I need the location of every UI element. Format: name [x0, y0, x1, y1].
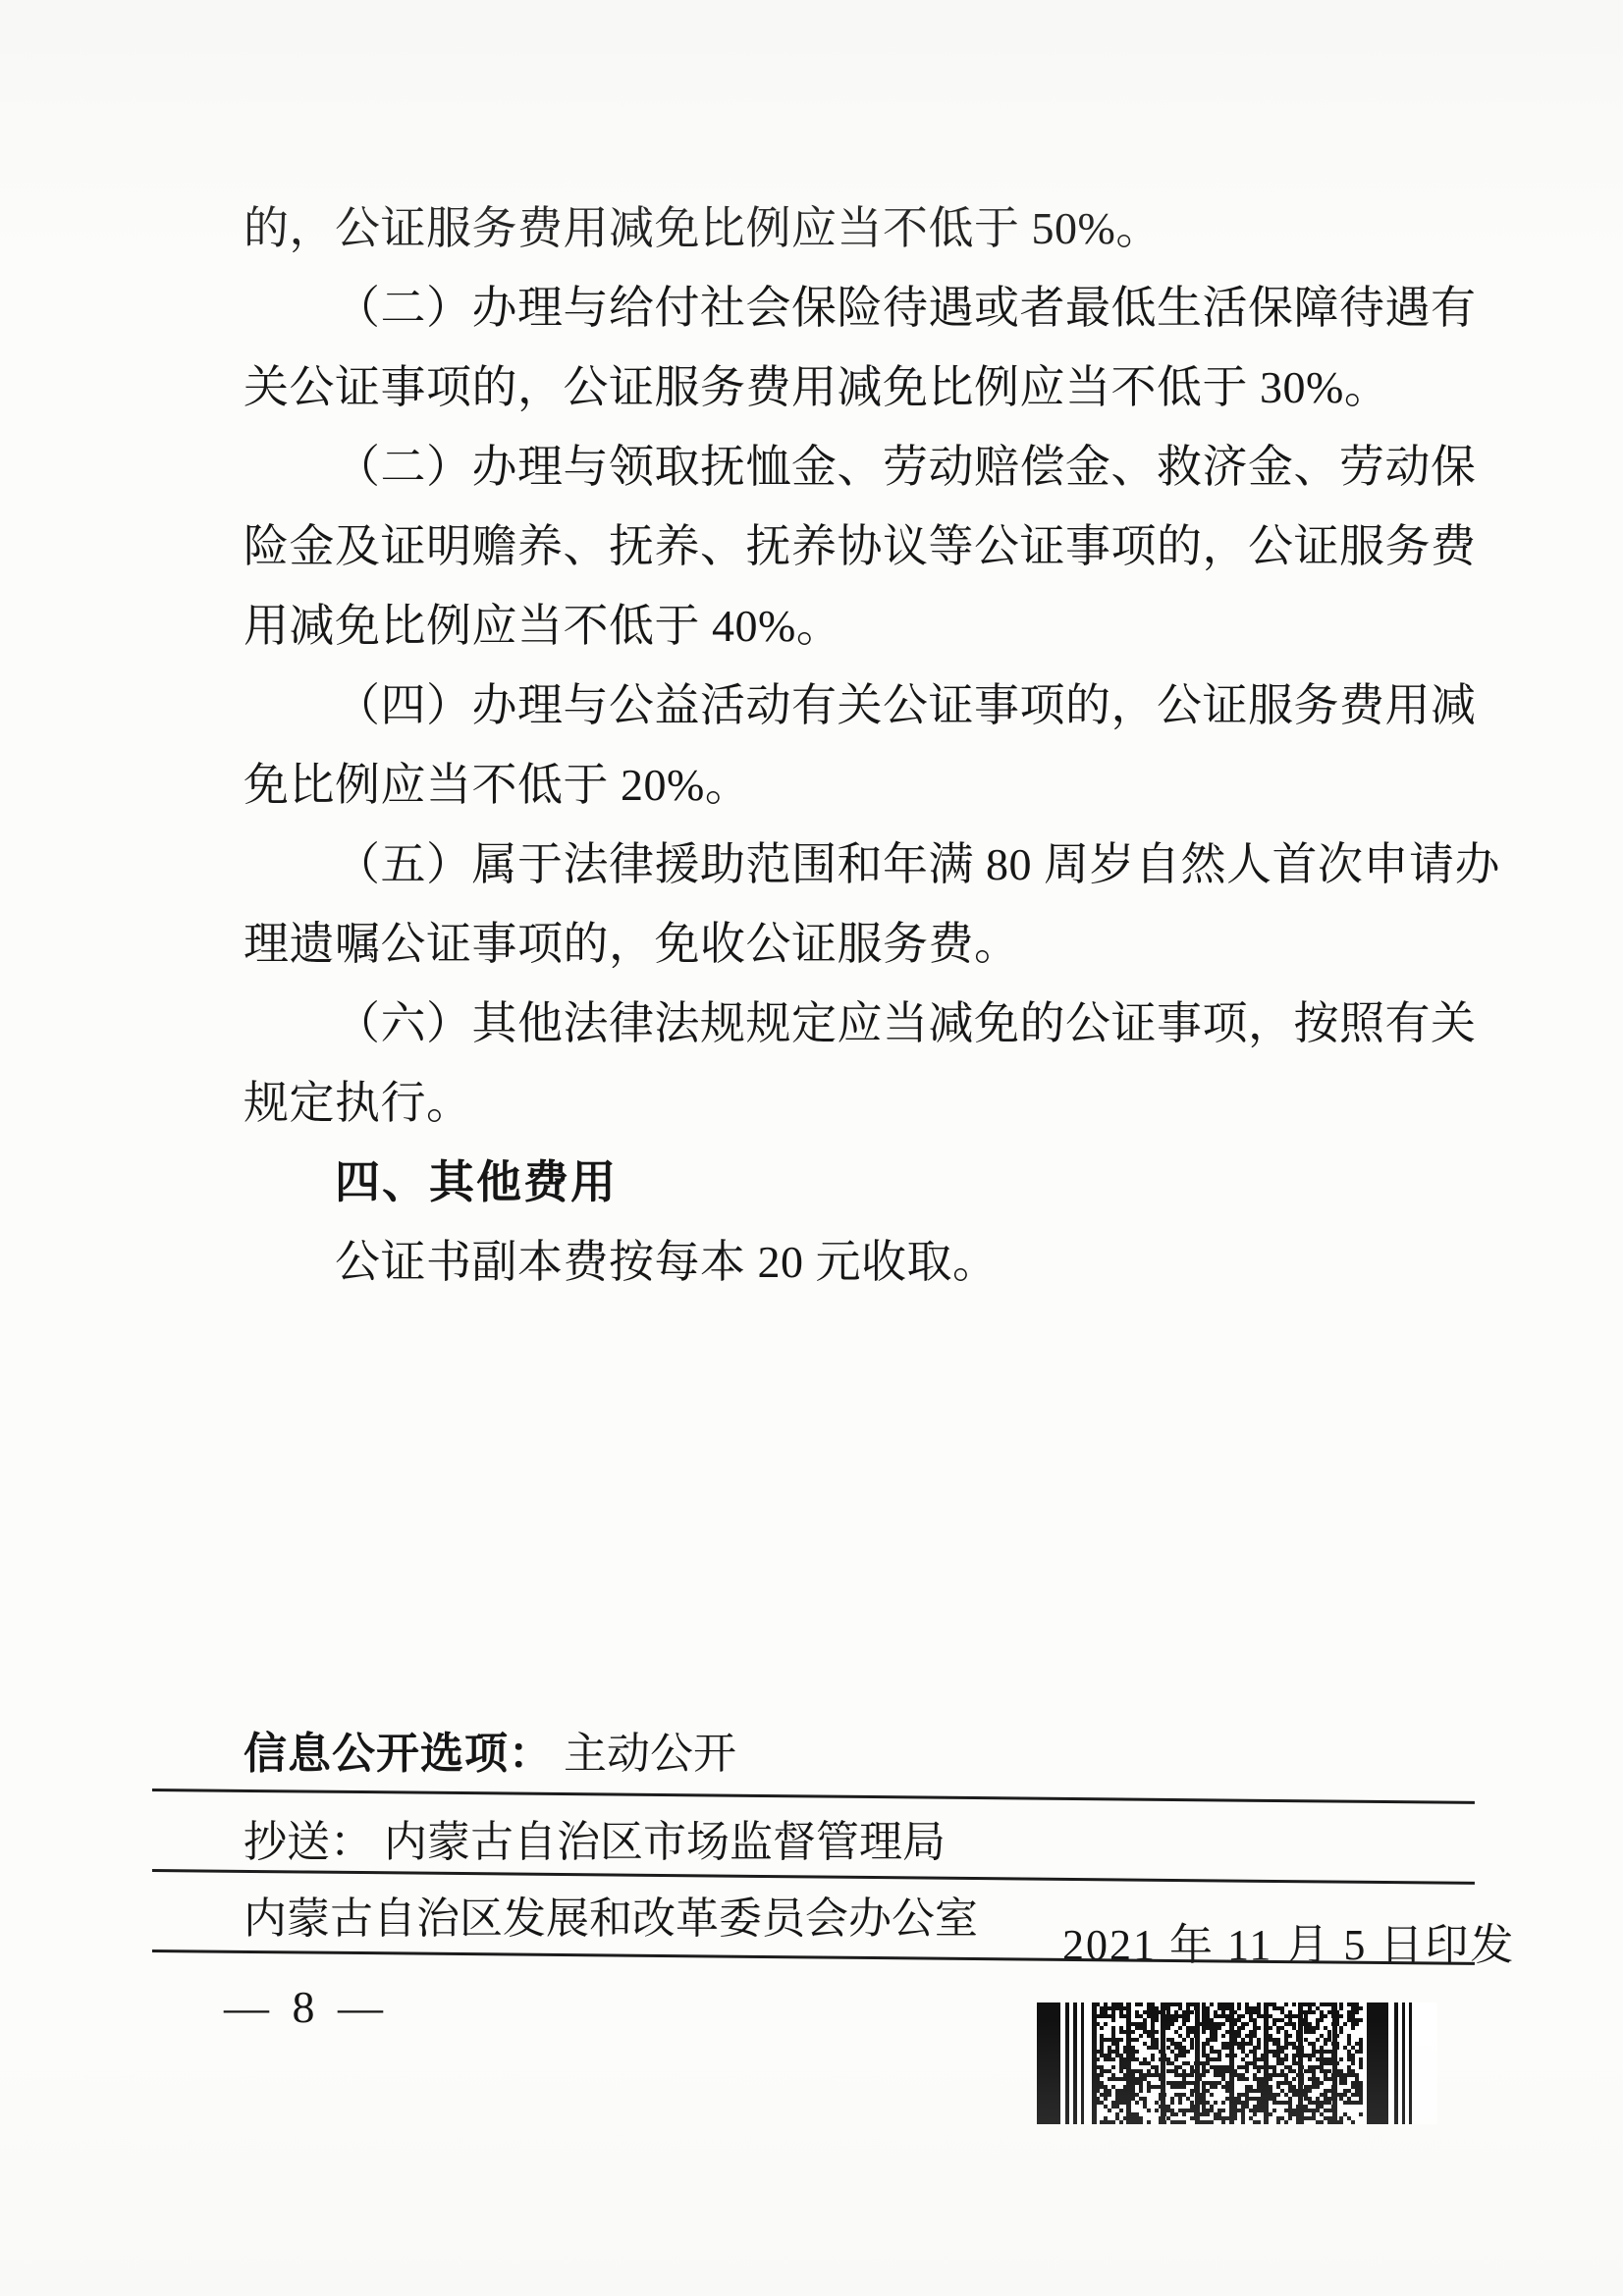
body-line: （四）办理与公益活动有关公证事项的，公证服务费用减	[243, 666, 1471, 745]
footer-divider	[152, 1789, 1475, 1804]
body-line: 用减免比例应当不低于 40%。	[243, 586, 1471, 666]
disclosure-label: 信息公开选项：	[243, 1730, 553, 1778]
pdf417-barcode-icon	[1037, 2002, 1437, 2124]
body-line: 险金及证明赡养、抚养、抚养协议等公证事项的，公证服务费	[243, 507, 1471, 586]
disclosure-line: 信息公开选项： 主动公开	[243, 1718, 736, 1781]
body-line: 公证书副本费按每本 20 元收取。	[243, 1222, 1471, 1302]
body-line: 规定执行。	[243, 1063, 1471, 1143]
body-line: 理遗嘱公证事项的，免收公证服务费。	[243, 904, 1471, 984]
body-line: （二）办理与领取抚恤金、劳动赔偿金、救济金、劳动保	[243, 427, 1471, 507]
body-line: 的，公证服务费用减免比例应当不低于 50%。	[243, 188, 1471, 268]
cc-value: 内蒙古自治区市场监督管理局	[384, 1818, 946, 1866]
document-body: 的，公证服务费用减免比例应当不低于 50%。 （二）办理与给付社会保险待遇或者最…	[243, 188, 1471, 1302]
body-line: 免比例应当不低于 20%。	[243, 745, 1471, 825]
page-number: — 8 —	[224, 1981, 389, 2033]
document-page: 的，公证服务费用减免比例应当不低于 50%。 （二）办理与给付社会保险待遇或者最…	[0, 0, 1623, 2296]
body-line: （六）其他法律法规规定应当减免的公证事项，按照有关	[243, 984, 1471, 1063]
cc-line: 抄送： 内蒙古自治区市场监督管理局	[243, 1806, 946, 1869]
body-line: （二）办理与给付社会保险待遇或者最低生活保障待遇有	[243, 268, 1471, 347]
disclosure-value: 主动公开	[564, 1730, 736, 1778]
issuing-office: 内蒙古自治区发展和改革委员会办公室	[243, 1883, 978, 1946]
cc-label: 抄送：	[243, 1818, 373, 1866]
body-line: （五）属于法律援助范围和年满 80 周岁自然人首次申请办	[243, 825, 1471, 904]
section-heading: 四、其他费用	[243, 1143, 1471, 1222]
body-line: 关公证事项的，公证服务费用减免比例应当不低于 30%。	[243, 347, 1471, 427]
